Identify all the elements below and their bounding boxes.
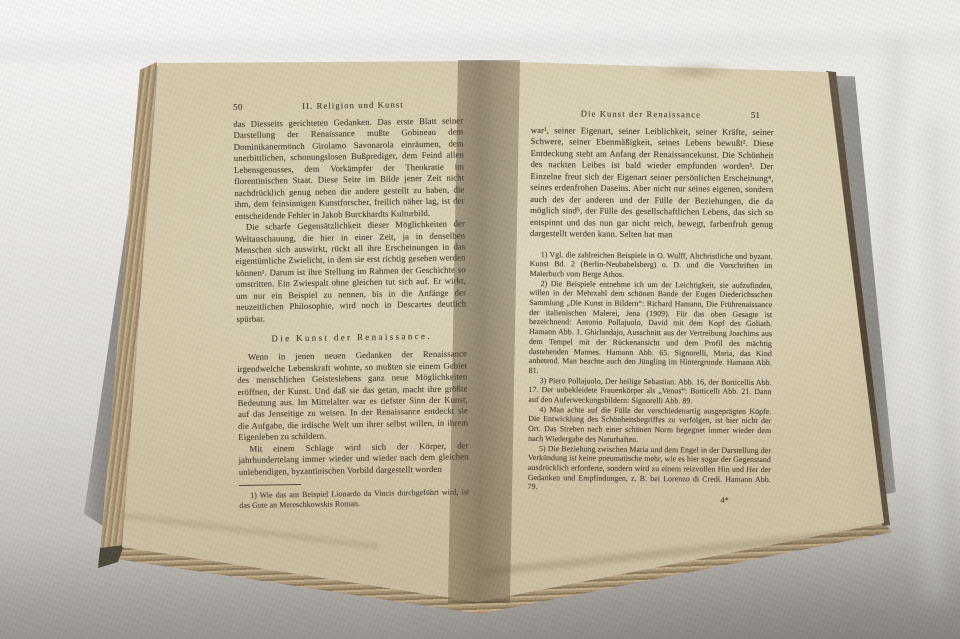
right-footnotes: 1) Vgl. die zahlreichen Beispiele in O. …: [528, 250, 773, 495]
footnote-rule: [239, 484, 301, 486]
right-footnote: 2) Die Beispiele entnehme ich um der Lei…: [529, 279, 773, 378]
right-footnote: 4) Man achte auf die Fülle der verschied…: [528, 405, 771, 446]
right-footnote: 1) Vgl. die zahlreichen Beispiele in O. …: [530, 250, 773, 281]
page-stain: [640, 58, 750, 84]
right-paragraph: war¹, seiner Eigenart, seiner Leiblichke…: [530, 125, 774, 242]
right-footnote: 5) Die Beziehung zwischen Maria und dem …: [528, 444, 771, 495]
right-page-number: 51: [751, 110, 774, 120]
left-footnote: 1) Wie das am Beispiel Lionardo da Vinci…: [239, 487, 469, 510]
left-paragraph: Mit einem Schlage wird sich der Körper, …: [238, 440, 469, 478]
photo-of-open-book: 50 II. Religion und Kunst das Diesseits …: [0, 0, 960, 639]
left-paragraph: das Diesseits gerichteten Gedanken. Das …: [233, 115, 465, 222]
right-footnote: 3) Piero Pollajuolo, Der heilige Sebasti…: [528, 376, 771, 407]
right-running-title: Die Kunst der Renaissance: [531, 108, 751, 120]
left-paragraph: Wenn in jenen neuen Gedanken der Renaiss…: [237, 349, 468, 444]
fabric-fold-top: [0, 21, 960, 57]
right-page-content: Die Kunst der Renaissance 51 war¹, seine…: [528, 108, 774, 505]
left-running-title: II. Religion und Kunst: [243, 98, 463, 111]
right-running-head: Die Kunst der Renaissance 51: [531, 108, 774, 120]
left-paragraph: Die scharfe Gegensätzlichkeit dieser Mög…: [235, 218, 467, 325]
fabric-fold-right-2: [910, 120, 957, 601]
section-heading: Die Kunst der Renaissance.: [237, 331, 467, 345]
left-page-number: 50: [233, 102, 243, 112]
left-page-content: 50 II. Religion und Kunst das Diesseits …: [233, 98, 469, 510]
